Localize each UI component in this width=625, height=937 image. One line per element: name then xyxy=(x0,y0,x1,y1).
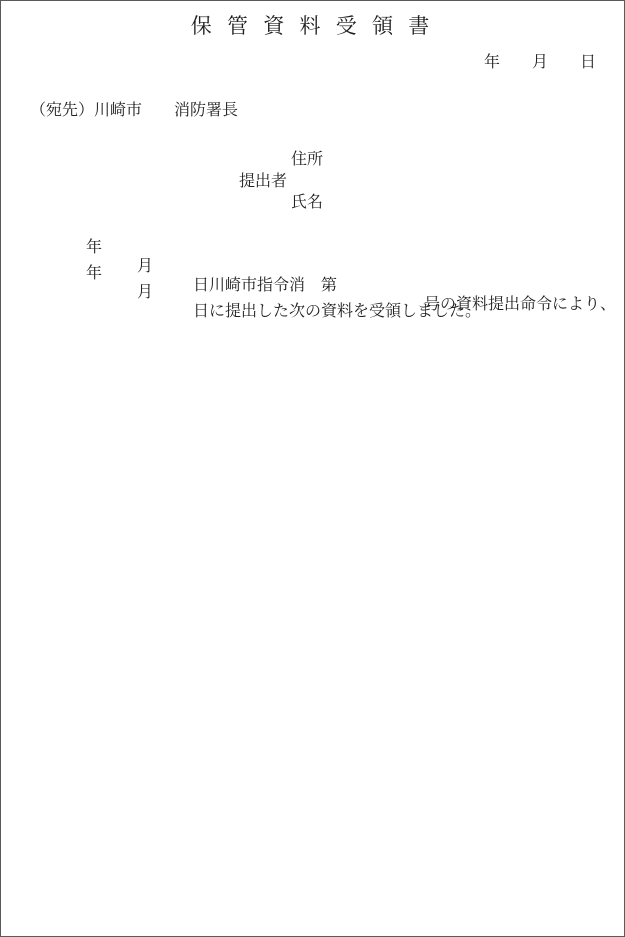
addressee-line: （宛先）川崎市 消防署長 xyxy=(30,101,238,120)
receipt-line-month-label: 月 xyxy=(137,283,153,302)
document-title: 保 管 資 料 受 領 書 xyxy=(1,14,624,39)
receipt-line-statement: 日に提出した次の資料を受領しました。 xyxy=(193,302,481,321)
document-page: 保 管 資 料 受 領 書 年 月 日 （宛先）川崎市 消防署長 住所 提出者 … xyxy=(0,0,625,937)
date-line: 年 月 日 xyxy=(484,54,596,72)
receipt-line-year-label: 年 xyxy=(86,264,102,283)
submitter-name-label: 氏名 xyxy=(291,194,323,212)
receipt-line: 年 月 日に提出した次の資料を受領しました。 xyxy=(1,245,624,340)
submitter-address-label: 住所 xyxy=(291,151,323,169)
submitter-label: 提出者 xyxy=(239,173,287,191)
